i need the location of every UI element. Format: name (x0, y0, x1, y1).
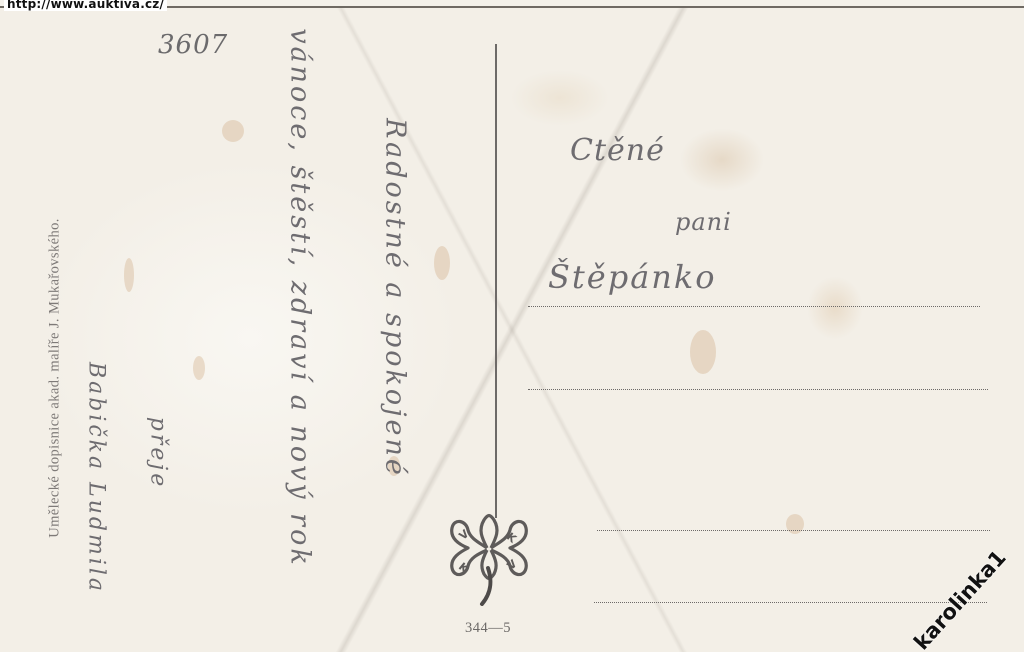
publisher-credit: Umělecké dopisnice akad. malíře J. Mukař… (47, 218, 64, 538)
handwritten-signature: Babička Ludmila (84, 362, 109, 594)
stain (786, 514, 804, 534)
stain (434, 246, 450, 280)
handwritten-address-line: Štěpánko (548, 258, 717, 296)
handwritten-address-line: Ctěné (570, 133, 665, 168)
address-line (528, 389, 988, 390)
stain (193, 356, 205, 380)
stain (124, 258, 134, 292)
handwritten-message-line: vánoce, štěstí, zdraví a nový rok (285, 28, 316, 567)
handwritten-message-line: přeje (146, 417, 171, 489)
center-divider (495, 44, 497, 518)
stain (690, 330, 716, 374)
address-line (597, 530, 990, 531)
seller-watermark: karolinka1 (909, 546, 1010, 652)
card-catalog-number: 344—5 (465, 620, 511, 637)
handwritten-address-line: pani (675, 208, 732, 236)
address-line (594, 602, 987, 603)
handwritten-message-line: Radostné a spokojené (380, 118, 411, 478)
address-line (528, 306, 980, 307)
postcard-back: 3607 Umělecké dopisnice akad. malíře J. … (0, 6, 1024, 652)
inventory-number: 3607 (158, 30, 228, 60)
source-url-watermark: http://www.auktiva.cz/ (4, 0, 167, 11)
stain (222, 120, 244, 142)
four-leaf-clover-icon: V K K V (448, 508, 530, 606)
